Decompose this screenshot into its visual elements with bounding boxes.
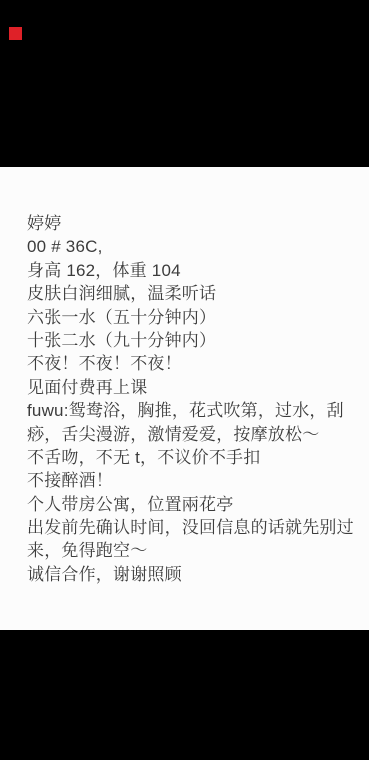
post-line: 痧，舌尖漫游，激情爱爱，按摩放松～: [27, 423, 369, 446]
post-line: 出发前先确认时间，没回信息的话就先别过: [27, 516, 369, 539]
post-line: 十张二水（九十分钟内）: [27, 329, 369, 352]
red-square-icon: [9, 27, 22, 40]
post-line: 来，免得跑空～: [27, 539, 369, 562]
post-line: 皮肤白润细腻，温柔听话: [27, 282, 369, 305]
post-text-block: 婷婷 00 # 36C, 身高 162，体重 104 皮肤白润细腻，温柔听话 六…: [27, 212, 369, 586]
post-content-panel: 婷婷 00 # 36C, 身高 162，体重 104 皮肤白润细腻，温柔听话 六…: [0, 167, 369, 630]
post-line: 身高 162，体重 104: [27, 259, 369, 282]
post-line: 婷婷: [27, 212, 369, 235]
post-line: 个人带房公寓，位置兩花亭: [27, 493, 369, 516]
bottom-letterbox: [0, 630, 369, 760]
post-line: 见面付费再上课: [27, 376, 369, 399]
post-line: 诚信合作，谢谢照顾: [27, 563, 369, 586]
post-line: 不舌吻，不无 t，不议价不手扣: [27, 446, 369, 469]
post-line: fuwu:鸳鸯浴，胸推，花式吹第，过水，刮: [27, 399, 369, 422]
post-line: 不接醉酒！: [27, 469, 369, 492]
post-line: 00 # 36C,: [27, 235, 369, 258]
screenshot-root: 婷婷 00 # 36C, 身高 162，体重 104 皮肤白润细腻，温柔听话 六…: [0, 0, 369, 760]
top-letterbox: [0, 0, 369, 167]
post-line: 六张一水（五十分钟内）: [27, 306, 369, 329]
post-line: 不夜！不夜！不夜！: [27, 352, 369, 375]
